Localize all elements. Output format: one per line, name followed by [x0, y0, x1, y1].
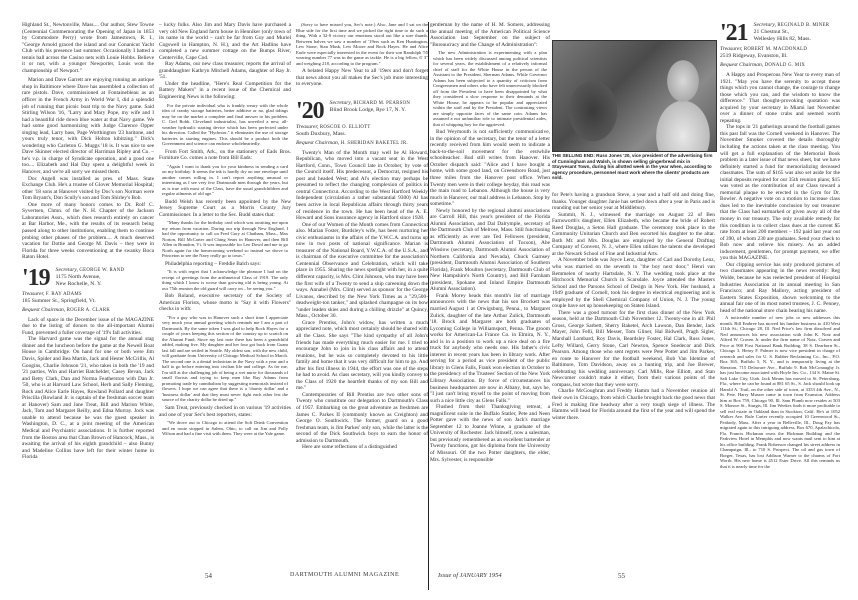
- paragraph: A Happy and Prosperous New Year to every…: [720, 72, 840, 124]
- treasurer-address: 2519 Ridgeway, Evanston, Ill.: [720, 53, 840, 60]
- right-column-2: for Pete's having a grandson Steve, a ye…: [552, 192, 715, 552]
- quote: (Sorry to have missed you, Sec's note.) …: [296, 22, 428, 66]
- left-column-1: Highland St., Newtonville, Mass.... Our …: [22, 22, 154, 552]
- paragraph: Ray Adams, our new class treasurer, repo…: [159, 61, 291, 81]
- secretary-block: Secretary, RICHARD M. PEARSON Blind Broo…: [330, 100, 410, 114]
- paragraph: Our clipping service has only produced p…: [720, 262, 840, 314]
- paragraph: One of our Women of the Month comes from…: [296, 222, 428, 320]
- quote: For the private individual who is frankl…: [162, 103, 288, 147]
- paragraph: A November bride was Joyce Lenz, daughte…: [552, 257, 715, 309]
- left-column-3: (Sorry to have missed you, Sec's note.) …: [296, 22, 428, 552]
- paragraph: Under the headline, "Here's Real Competi…: [159, 81, 291, 101]
- treasurer-line: Treasurer, F. RAY ADAMS: [22, 291, 154, 298]
- class-1920-header: '20 Secretary, RICHARD M. PEARSON Blind …: [296, 100, 428, 122]
- secretary-block: Secretary, GEORGE W. RAND 1175 North Ave…: [56, 267, 125, 288]
- paragraph: Contemporaries of Bill Prentiss are two …: [296, 392, 428, 444]
- paragraph: Newly honored by the regional alumni ass…: [430, 208, 550, 293]
- paragraph: Frank Morey heads this month's list of m…: [430, 293, 550, 404]
- paragraph: Flushed from their Thanksgiving retreat,…: [430, 404, 550, 463]
- page-gutter-divider: [428, 22, 429, 590]
- right-column-3: '21 Secretary, REGINALD B. MINER 21 Ches…: [720, 22, 840, 552]
- quote: "Many thanks for the birthday card which…: [162, 220, 288, 259]
- class-1919-header: '19 Secretary, GEORGE W. RAND 1175 North…: [22, 267, 154, 289]
- selling-end-photo: [552, 40, 717, 152]
- bequest-line: Bequest Chairman, H. SHERIDAN BAKETEL JR…: [296, 140, 428, 147]
- paragraph: A noticeable number of new jobs or new a…: [720, 315, 840, 469]
- paragraph: Bob Roland, executive secretary of the S…: [159, 293, 291, 313]
- left-page: Highland St., Newtonville, Mass.... Our …: [22, 22, 427, 552]
- paragraph: gentleman by the name of H. M. Somers, a…: [430, 22, 550, 48]
- paragraph: Doc Angell was installed as pres. of Mas…: [22, 176, 154, 202]
- quote: "It is with regret that I acknowledge th…: [162, 269, 288, 291]
- quote: The new Administration is experimenting …: [433, 50, 547, 127]
- paragraph: From Fort Smith, Ark., on the stationery…: [159, 149, 291, 162]
- paragraph: Twenty's Man of the Month may well be Al…: [296, 150, 428, 222]
- paragraph: Lack of space in the December issue of t…: [22, 317, 154, 337]
- class-number: '20: [296, 100, 324, 122]
- class-1921-header: '21 Secretary, REGINALD B. MINER 21 Ches…: [720, 22, 840, 44]
- paragraph: The Harvard game was the signal for the …: [22, 336, 154, 460]
- quote: "Again I want to thank you for your kind…: [162, 164, 288, 197]
- caption-title: THE SELLING END:: [552, 153, 595, 158]
- paragraph: Sam Treat, previously checked in on vari…: [159, 405, 291, 418]
- paragraph: for Pete's having a grandson Steve, a ye…: [552, 192, 715, 212]
- paragraph: Marion and Dave Garrett are enjoying run…: [22, 77, 154, 175]
- quote: "We drove out to Chicago to attend the S…: [162, 420, 288, 437]
- treasurer-address: 185 Summer St., Springfield, Vt.: [22, 298, 154, 305]
- right-running-head: Issue of JANUARY 1954: [438, 572, 502, 579]
- paragraph: Grace Prentiss, John's widow, has writte…: [296, 320, 428, 392]
- right-page: gentleman by the name of H. M. Somers, a…: [430, 22, 840, 552]
- paragraph: Philadelphia reporting – Freddie Balch s…: [159, 261, 291, 268]
- paragraph: Bud Weymouth is not sufficiently communi…: [430, 129, 550, 208]
- paragraph: Here are some reflections of a distingui…: [296, 444, 428, 451]
- paragraph: Charlie McGoughran and Freddy Hamm had a…: [552, 388, 715, 421]
- treasurer-address: South Duxbury, Mass.: [296, 131, 428, 138]
- bequest-line: Bequest Chairman, ROGER A. CLARK: [22, 307, 154, 314]
- paragraph: One more of many honors comes to Dr. Rol…: [22, 202, 154, 261]
- class-number: '19: [22, 267, 50, 289]
- paragraph: Highland St., Newtonville, Mass.... Our …: [22, 22, 154, 74]
- right-column-1: gentleman by the name of H. M. Somers, a…: [430, 22, 550, 552]
- paragraph: There was a good turnout for the first c…: [552, 310, 715, 389]
- quote: "For a guy who was in Hanover such a sho…: [162, 315, 288, 403]
- treasurer-line: Treasurer, ROSCOE O. ELLIOTT: [296, 124, 428, 131]
- right-page-number: 55: [618, 572, 625, 580]
- paragraph: The tops in '21 gatherings around the fo…: [720, 124, 840, 261]
- class-number: '21: [720, 22, 748, 44]
- left-page-number: 54: [205, 572, 212, 580]
- left-running-head: DARTMOUTH ALUMNI MAGAZINE: [290, 572, 399, 578]
- secretary-block: Secretary, REGINALD B. MINER 21 Chestnut…: [754, 22, 830, 43]
- paragraph: Budd Welsh has recently been appointed b…: [159, 199, 291, 219]
- paragraph: – lucky folks. Also Jim and Mary Davis h…: [159, 22, 291, 61]
- bequest-line: Bequest Chairman, DONALD G. MIX: [720, 62, 840, 69]
- paragraph: Summit, N. J., witnessed the marriage on…: [552, 212, 715, 258]
- treasurer-line: Treasurer, ROBERT M. MACDONALD: [720, 46, 840, 53]
- paragraph: A belated Happy New Year to all '19ers a…: [296, 68, 428, 88]
- photo-caption: THE SELLING END: Russ Jones '20, vice pr…: [552, 153, 715, 181]
- left-column-2: – lucky folks. Also Jim and Mary Davis h…: [159, 22, 291, 552]
